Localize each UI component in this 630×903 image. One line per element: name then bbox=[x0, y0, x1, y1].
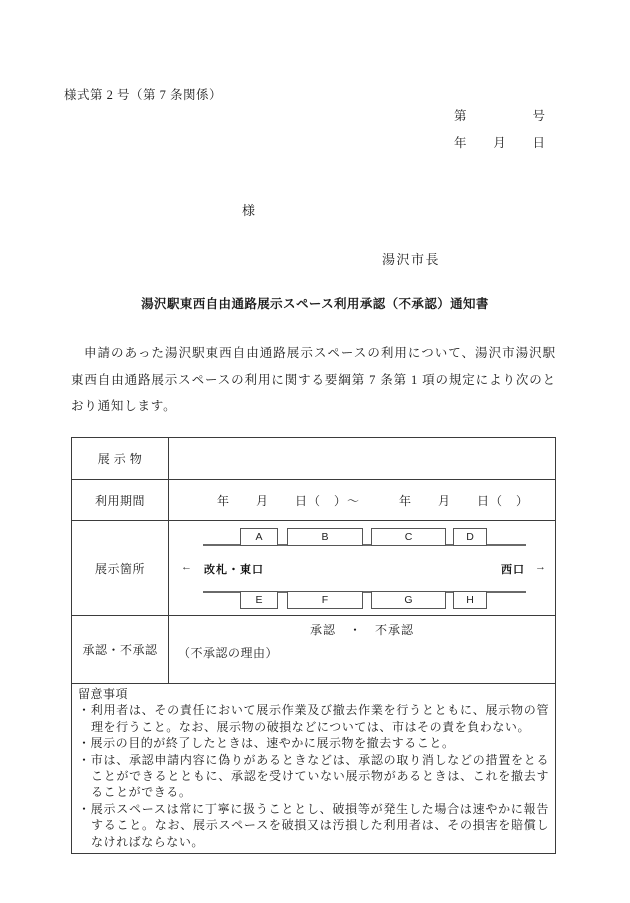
usage-period-label: 利用期間 bbox=[72, 480, 169, 520]
notification-table: 展 示 物 利用期間 年 月 日（ ）〜 年 月 日（ ） 展示箇所 A B C… bbox=[71, 437, 556, 854]
exhibit-location-value-cell: A B C D ← 改札・東口 西口 → E F G H bbox=[169, 521, 555, 615]
sender-name: 湯沢市長 bbox=[382, 249, 440, 268]
gate-east-exit-label: 改札・東口 bbox=[204, 561, 264, 577]
usage-period-value-cell: 年 月 日（ ）〜 年 月 日（ ） bbox=[169, 480, 555, 520]
addressee-honorific: 様 bbox=[242, 200, 255, 219]
approval-label: 承認・不承認 bbox=[72, 616, 169, 683]
space-box-c: C bbox=[371, 528, 446, 546]
document-title: 湯沢駅東西自由通路展示スペース利用承認（不承認）通知書 bbox=[0, 294, 630, 312]
space-box-b: B bbox=[287, 528, 363, 546]
exhibit-item-value-cell bbox=[169, 438, 555, 479]
form-style-label: 様式第 2 号（第 7 条関係） bbox=[64, 85, 222, 103]
left-arrow-icon: ← bbox=[181, 561, 192, 573]
west-exit-label: 西口 bbox=[501, 561, 525, 577]
space-box-e: E bbox=[240, 591, 278, 609]
passage-direction-row: ← 改札・東口 西口 → bbox=[169, 561, 555, 577]
note-item: ・利用者は、その責任において展示作業及び撤去作業を行うとともに、展示物の管理を行… bbox=[78, 702, 549, 735]
notes-section: 留意事項 ・利用者は、その責任において展示作業及び撤去作業を行うとともに、展示物… bbox=[72, 684, 555, 853]
approval-value-cell: 承認 ・ 不承認 （不承認の理由） bbox=[169, 616, 555, 683]
exhibit-item-label: 展 示 物 bbox=[72, 438, 169, 479]
passage-diagram: A B C D ← 改札・東口 西口 → E F G H bbox=[169, 521, 555, 615]
document-number-line: 第 号 bbox=[454, 106, 545, 124]
space-box-d: D bbox=[453, 528, 487, 546]
notification-document-page: 様式第 2 号（第 7 条関係） 第 号 年 月 日 様 湯沢市長 湯沢駅東西自… bbox=[0, 0, 630, 903]
exhibit-location-label: 展示箇所 bbox=[72, 521, 169, 615]
date-month-label: 月 bbox=[493, 133, 506, 151]
table-row-exhibit-item: 展 示 物 bbox=[72, 438, 555, 480]
notes-heading: 留意事項 bbox=[78, 686, 549, 702]
note-item: ・展示の目的が終了したときは、速やかに展示物を撤去すること。 bbox=[78, 735, 549, 751]
approval-options: 承認 ・ 不承認 bbox=[169, 621, 555, 638]
note-item: ・展示スペースは常に丁寧に扱うこととし、破損等が発生した場合は速やかに報告するこ… bbox=[78, 801, 549, 850]
usage-period-value: 年 月 日（ ）〜 年 月 日（ ） bbox=[169, 480, 555, 520]
document-number-prefix: 第 bbox=[454, 106, 467, 124]
note-item: ・市は、承認申請内容に偽りがあるときなどは、承認の取り消しなどの措置をとることが… bbox=[78, 752, 549, 801]
body-paragraph: 申請のあった湯沢駅東西自由通路展示スペースの利用について、湯沢市湯沢駅東西自由通… bbox=[71, 340, 556, 420]
space-box-h: H bbox=[453, 591, 487, 609]
document-number-suffix: 号 bbox=[532, 106, 545, 124]
table-row-approval: 承認・不承認 承認 ・ 不承認 （不承認の理由） bbox=[72, 616, 555, 684]
space-box-f: F bbox=[287, 591, 363, 609]
date-day-label: 日 bbox=[532, 133, 545, 151]
right-arrow-icon: → bbox=[535, 561, 546, 573]
rejection-reason-label: （不承認の理由） bbox=[178, 644, 278, 661]
table-row-exhibit-location: 展示箇所 A B C D ← 改札・東口 西口 → E F bbox=[72, 521, 555, 616]
document-date-line: 年 月 日 bbox=[454, 133, 545, 151]
date-year-label: 年 bbox=[454, 133, 467, 151]
table-row-usage-period: 利用期間 年 月 日（ ）〜 年 月 日（ ） bbox=[72, 480, 555, 521]
space-box-a: A bbox=[240, 528, 278, 546]
space-box-g: G bbox=[371, 591, 446, 609]
table-row-notes: 留意事項 ・利用者は、その責任において展示作業及び撤去作業を行うとともに、展示物… bbox=[72, 684, 555, 853]
